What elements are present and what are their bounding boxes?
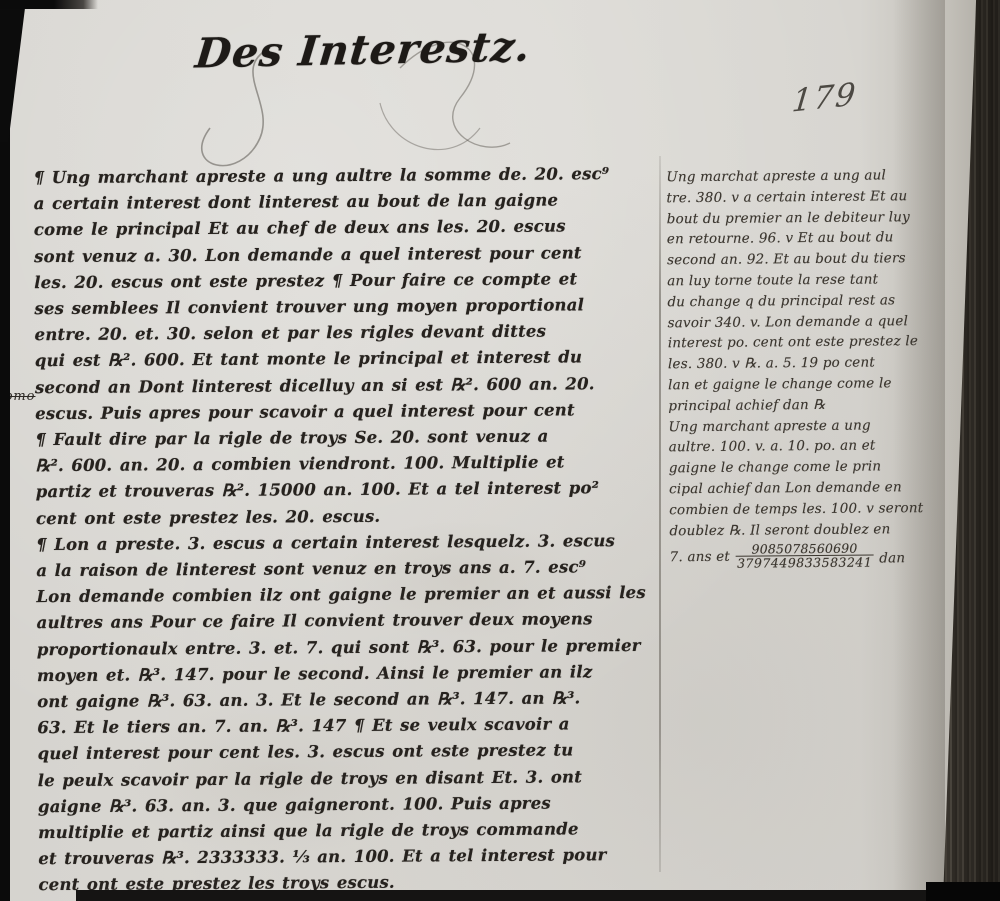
manuscript-line: aultre. 100. v. a. 10. po. an et (669, 435, 965, 458)
manuscript-line: aultres ans Pour ce faire Il convient tr… (37, 606, 659, 637)
manuscript-line: gaigne le change come le prin (669, 456, 965, 479)
manuscript-line: et trouveras ℞³. 2333333. ⅓ an. 100. Et … (38, 842, 660, 873)
manuscript-line: qui est ℞². 600. Et tant monte le princi… (35, 344, 657, 375)
side-column-lines: Ung marchat apreste a ung aultre. 380. v… (666, 165, 965, 542)
manuscript-line: quel interest pour cent les. 3. escus on… (37, 737, 659, 768)
manuscript-line: lan et gaigne le change come le (668, 373, 964, 396)
manuscript-line: an luy torne toute la rese tant (667, 269, 963, 292)
manuscript-line: ¶ Ung marchant apreste a ung aultre la s… (33, 161, 655, 192)
manuscript-line: combien de temps les. 100. v seront (669, 497, 965, 520)
fraction-prefix: 7. ans et (670, 546, 731, 567)
scan-corner-bottom-right (926, 882, 1000, 901)
manuscript-line: doublez ℞. Il seront doublez en (669, 518, 965, 541)
fraction-suffix: dan (879, 548, 905, 569)
manuscript-line: escus. Puis apres pour scavoir a quel in… (35, 397, 657, 428)
manuscript-line: du change q du principal rest as (667, 289, 963, 312)
manuscript-line: cipal achief dan Lon demande en (669, 477, 965, 500)
manuscript-line: bout du premier an le debiteur luy (667, 206, 963, 229)
side-text-column: Ung marchat apreste a ung aultre. 380. v… (666, 165, 966, 571)
manuscript-line: proportionaulx entre. 3. et. 7. qui sont… (37, 632, 659, 663)
fraction-line: 7. ans et 9085078560690 3797449833583241… (670, 541, 966, 571)
main-text-column: ¶ Ung marchant apreste a ung aultre la s… (33, 161, 660, 899)
page-title: Des Interestz. (193, 23, 533, 78)
manuscript-line: principal achief dan ℞ (668, 393, 964, 416)
manuscript-line: en retourne. 96. v Et au bout du (667, 227, 963, 250)
scan-edge-bottom (76, 890, 1000, 901)
manuscript-scan: Des Interestz. 179 pmo ¶ Ung marchant ap… (0, 0, 1000, 901)
folio-number: 179 (790, 76, 859, 119)
manuscript-line: Ung marchat apreste a ung aul (666, 165, 962, 188)
manuscript-line: partiz et trouveras ℞². 15000 an. 100. E… (36, 475, 658, 506)
scan-edge-top (0, 0, 98, 9)
manuscript-line: le peulx scavoir par la rigle de troys e… (38, 763, 660, 794)
manuscript-line: les. 380. v ℞. a. 5. 19 po cent (668, 352, 964, 375)
fraction: 9085078560690 3797449833583241 (736, 542, 873, 570)
manuscript-line: interest po. cent ont este prestez le (668, 331, 964, 354)
manuscript-line: come le principal Et au chef de deux ans… (34, 213, 656, 244)
manuscript-line: savoir 340. v. Lon demande a quel (668, 310, 964, 333)
manuscript-line: Ung marchant apreste a ung (668, 414, 964, 437)
manuscript-line: second an. 92. Et au bout du tiers (667, 248, 963, 271)
manuscript-line: sont venuz a. 30. Lon demande a quel int… (34, 239, 656, 270)
manuscript-line: second an Dont linterest dicelluy an si … (35, 370, 657, 401)
manuscript-line: ses semblees Il convient trouver ung moy… (34, 292, 656, 323)
manuscript-line: tre. 380. v a certain interest Et au (666, 186, 962, 209)
fraction-denominator: 3797449833583241 (736, 556, 873, 570)
